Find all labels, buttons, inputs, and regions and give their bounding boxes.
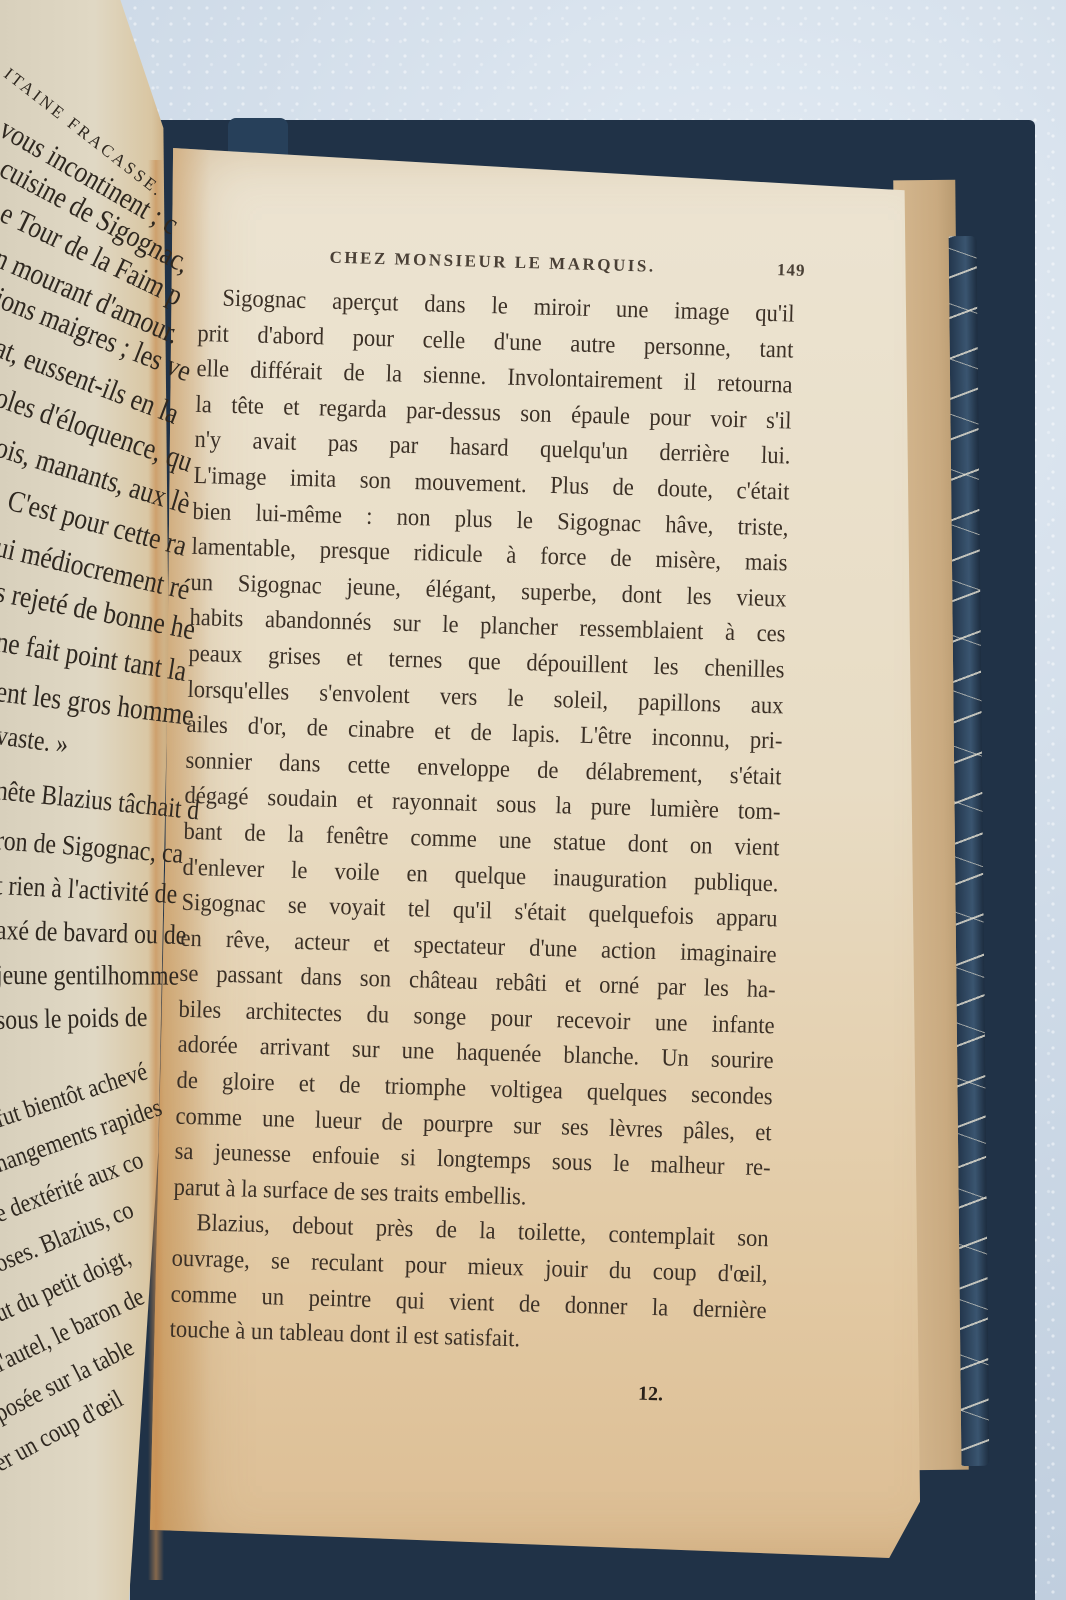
left-text-fragment: axé de bavard ou de (0, 915, 187, 952)
right-page-text: CHEZ MONSIEUR LE MARQUIS. 149 Sigognac a… (168, 244, 800, 1409)
left-text-fragment: sous le poids de (0, 1002, 148, 1037)
body-text: Sigognac aperçut dans le miroir une imag… (169, 280, 799, 1364)
signature-mark: 12. (638, 1382, 769, 1409)
page-number: 149 (777, 260, 806, 281)
left-text-fragment: jeune gentilhomme (0, 960, 179, 993)
